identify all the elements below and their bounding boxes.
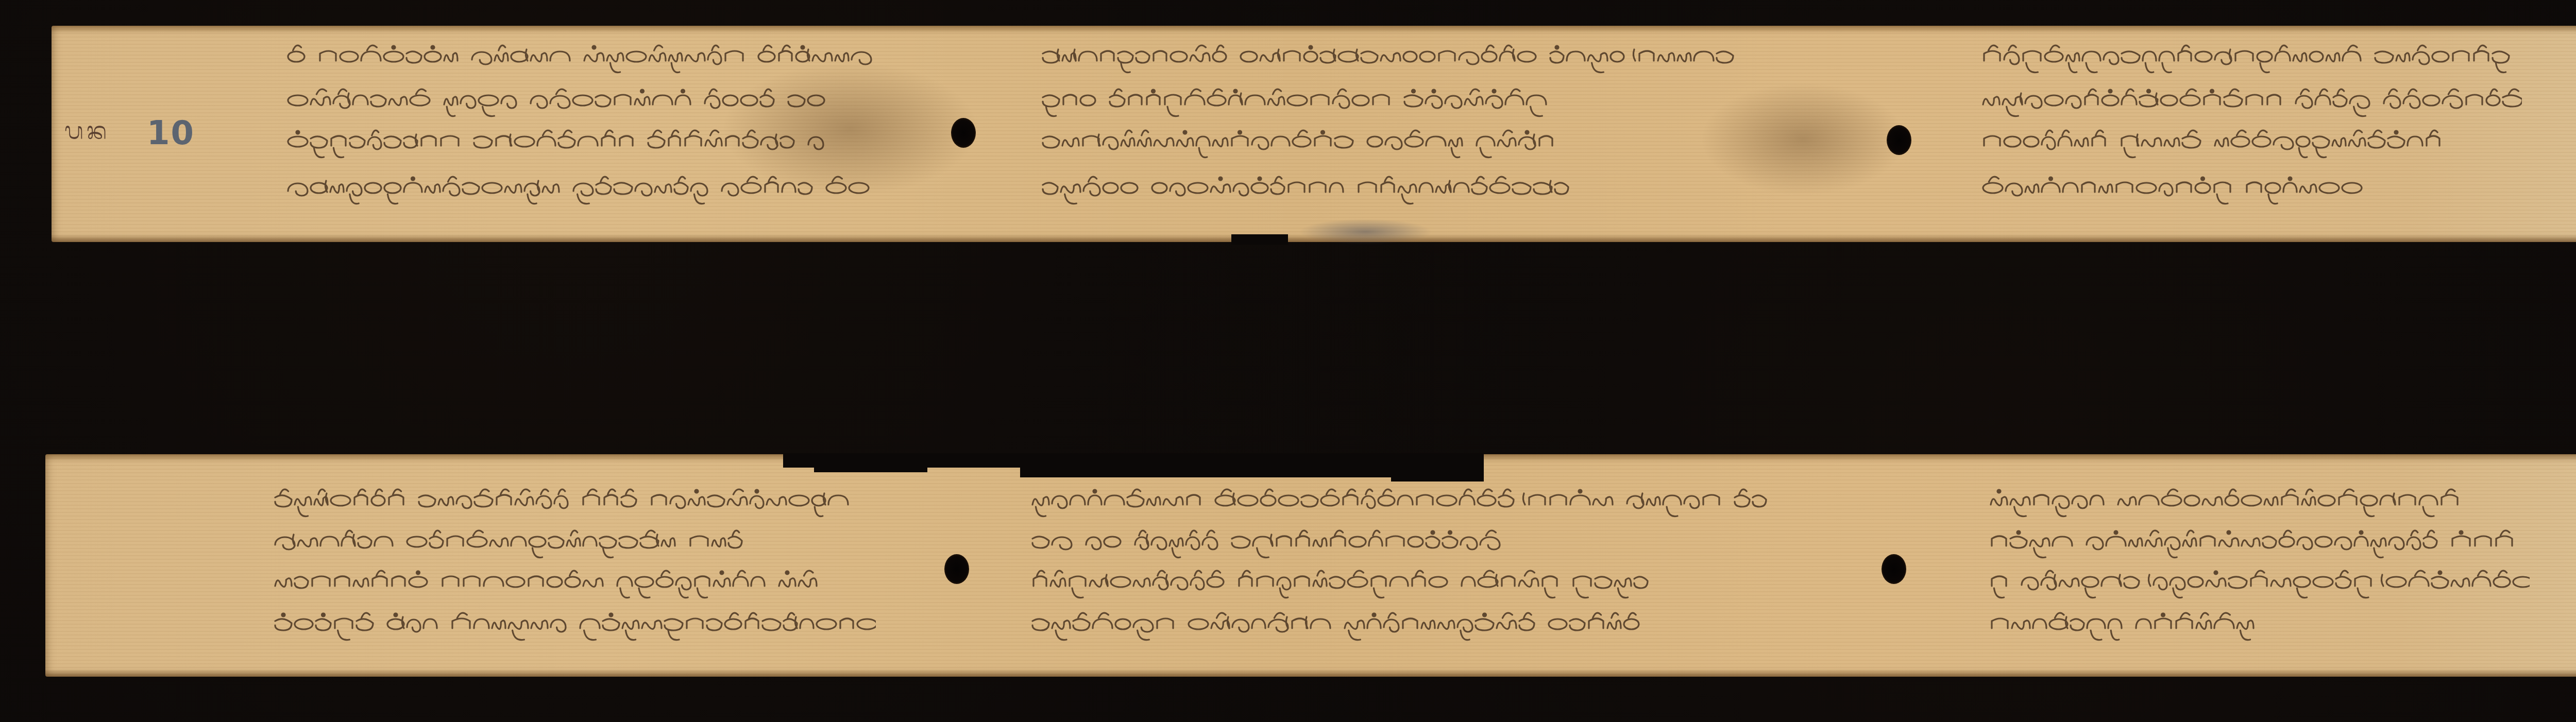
manuscript-line: ᬲᬸᬢᬾᬢᬶᬩᬸᬬᬓ᭄ᬢᬶ ᬕᬪᬵᬚᬸ ᬳᬸᬬᬬᬾᬢᬵᬯᬳᬸᬢᬬᬲᬾᬓᬾᬢ (1981, 125, 2522, 161)
leaf-damage (1391, 466, 1484, 482)
leaf-margin-label: ᬧᬦ (64, 114, 110, 157)
manuscript-line: ᬳᬶᬪᬸᬕᬾᬓᬾᬧᬩᬸᬯ ᬓ᭄ᬮᬯᬬ ᬓᬾᬢᬯᬫ᭄ᬯᬵᬪᬵ ᬓᬾᬢ᭄ᬢᬶᬦ᭄ ᬓ… (286, 84, 884, 120)
binding-hole (1882, 554, 1906, 584)
manuscript-line: ᬳᬸᬕᬾᬓᬸᬢᬵᬢᬾᬓᬯᬸᬮᬾᬫ᭄ᬧᬸᬢᬾᬕᬸ ᬪᬸᬢᬶᬪᬶᬢᬾᬕᬸᬕ (1981, 171, 2522, 208)
manuscript-line: ᬕᬸᬮᬫ᭄ᬧᬸᬩᬓ᭄ᬢᬬᬵ ᬳᬩᬓ᭄ᬢᬬᬤᬸᬢ᭄ᬢᬶ ᬬᬂᬓᬸᬢ᭄ᬢᬶᬫᬓ᭄ᬢ᭄… (286, 125, 884, 161)
manuscript-line: ᬤᬶᬦᬵᬬᬢᬾᬦ᭄ᬢᬵᬳᬸᬬᬸᬓ᭄ᬢᬶᬓᬾᬢ᭄ ᬢᬦᬵᬕᬢᬢᬵ ᬳᬓᬾᬢᬸᬫ᭄ᬦ… (286, 171, 884, 208)
manuscript-line: ᬓᬫᬬᬵᬯᬶ ᬤᬫᬬ ᬳᬸᬓᬾᬯᬬᬢᬓᬾ ᬩᬓ᭄ᬢᬬᬵᬯᬫ᭄ᬧᬸᬢᬵᬢᬸᬬᬓ᭄ᬢ… (273, 608, 876, 644)
manuscript-line: ᬢᬯᬫᬵᬓᬬ ᬤᬪᬓ᭄ᬢᬶᬬᬵᬓᬾᬓᬾᬳᬸᬓ᭄ᬢᬶᬕᬸᬢᬶᬳᬸᬓ᭄ᬢᬶᬓᬾ (1989, 484, 2530, 520)
manuscript-line: ᬦᬵᬓᬩᬓ᭄ᬢᬬᬵᬫ᭄ᬧᬸ ᬤᬶᬮᬸᬫ᭄ᬧᬸᬓᬾᬧ᭄ᬮᬸᬩᬶᬢᬾᬢᬸᬮᬸ ᬫᬓ᭄… (1030, 565, 1839, 601)
manuscript-line: ᬓᬾᬓᬸᬢᬧᬸᬦ᭄ᬢᬤᬸᬢᬸᬯᬵ ᬤᬫ᭄ᬯᬵᬪᬶᬓᬾᬮᬯᬵᬢ᭄ᬓᬸᬢ᭄ᬢᬵᬪ ᬤ… (1041, 40, 1803, 76)
manuscript-line: ᬢᬯᬵᬬᬾᬓᬾᬤ᭄ᬢᬸᬕᬶᬳᬶᬢᬕᬯᬵᬕᬢ ᬳᬸᬓᬾᬢᬶᬤᬶ ᬕᬾᬓᬾᬢᬸᬢ᭄ᬯ… (1981, 84, 2522, 120)
leaf-damage (783, 453, 1484, 468)
manuscript-line: ᬢᬶᬦᬵᬪᬵᬫ᭄ᬧᬸᬫ᭄ ᬳᬸᬓᬾᬧ᭄ᬮᬸᬩᬶᬢᬾᬢᬸᬮᬸ ᬳᬸᬫ᭄ᬧᬸᬓᬸᬩᬂ… (273, 565, 876, 601)
manuscript-line: ᬲᬯᬵᬬᬾᬓᬾᬢᬶᬓᬸᬳᬬᬾᬓᬾᬤ᭄ᬢᬸᬕᬶᬳᬶᬢᬕᬯᬵᬕᬢ ᬳᬸᬯᬵᬢᬯᬩᬶᬓ… (1981, 40, 2522, 76)
mold-stain (1298, 219, 1432, 245)
manuscript-line: ᬢᬸᬓᬲᬫ᭄ᬧᬸᬮᬵᬯᬤ ᬳᬸᬓᬸᬢᬮᬬᬫ᭄ᬧᬸᬩᬤᬓᬮᬯᬵᬫ᭄ᬧᬸ ᬳᬸᬓᬾᬧ… (1030, 484, 1839, 520)
binding-hole (951, 118, 976, 148)
leaf-page-number: 10 (147, 114, 195, 152)
manuscript-line: ᬤᬫᬶᬢ᭄ᬮᬸᬤᬶᬤᬶ ᬳᬸᬤᬶᬓᬯᬩᬓ᭄ᬢᬬᬵᬯᬮᬵᬲᬸᬓᬶ ᬳᬸᬓ᭄ᬢᬶ (273, 525, 876, 561)
manuscript-line: ᬓᬾᬧ᭄ᬮᬸᬩᬶᬢᬾᬢᬸᬮᬸ ᬓᬤᬶᬳᬸᬪᬤᬶᬩᬤᬶ ᬫᬫᬬᬩᬓ᭄ᬢᬬᬵᬫ᭄ᬧᬸ… (1030, 608, 1839, 644)
binding-hole (944, 554, 969, 584)
leaf-damage (1231, 234, 1288, 245)
manuscript-line: ᬓᬢᬵᬳᬸᬢᬵᬫᬶ ᬓᬾᬚᬸᬯᬵᬫ᭄ᬧᬸᬓᬸᬫᬶ ᬓᬾᬢᬾᬩᬸ ᬩᬓ᭄ᬢᬬᬫ᭄ᬧ… (273, 484, 876, 520)
manuscript-line: ᬓᬾᬧ᭄ᬮᬸᬩᬶᬢᬾᬢᬸᬮᬸ ᬕᬸᬮᬸᬯᬵᬤ᭄ᬢ (1989, 608, 2530, 644)
manuscript-line: ᬫᬶ ᬓᬸᬓᬫ᭄ᬧᬸᬪᬸᬩ ᬩᬓ᭄ᬢᬬᬵᬯᬫ᭄ᬧᬸᬓᬸᬩᬸᬮᬸ ᬓᬾᬧ᭄ᬮᬸᬩᬶ… (1989, 565, 2530, 601)
leaf-damage (814, 466, 927, 472)
manuscript-line: ᬧᬸ ᬳᬸᬮᬸᬦ᭄ᬕᬶᬦ᭄ᬢᬵ ᬢᬾᬓᬾᬢ᭄ᬢᬶᬦ᭄ ᬬᬂᬓᬾᬢᬶᬳᬸᬮᬸᬦ᭄ᬕ… (286, 40, 884, 76)
binding-hole (1887, 125, 1911, 155)
manuscript-line: ᬓᬾᬢᬯᬓᬵᬯᬮᬾᬢᬯᬵᬓᬾᬓᬾᬢᬮᬯᬸᬳ ᬢᬾᬳᬶᬩᬦᬸᬓ ᬢᬶᬦᬳᬢᬸ (1041, 125, 1803, 161)
leaf-damage (1020, 466, 1391, 477)
manuscript-line: ᬫ᭄ᬯᬵᬢᬶᬤᬶ ᬢᬾᬓᬯᬸᬮᬾᬫ᭄ᬧᬸᬢᬾᬕᬸᬓᬶᬮ ᬳᬸᬢᬶᬧᬬᬵᬓᬾᬫ᭄ᬯ… (1041, 171, 1803, 208)
manuscript-line: ᬬᬯᬫ᭄ᬧᬸ ᬳᬸᬤᬶᬓ᭄ᬢᬯᬓᬾᬧ᭄ᬮᬸᬩᬶᬢᬾᬢᬸᬮᬸᬤᬶᬲᬸᬯᬵᬫᬪᬶᬤᬶ… (1989, 525, 2530, 561)
manuscript-line: ᬓᬢᬶ ᬓ᭄ᬢᬶ ᬫᬫᬶᬯᬪᬯ ᬳᬶᬤᬸᬪᬤ᭄ᬯᬩᬶᬢᬸᬯᬵᬢᬾᬤᬶᬩᬓ᭄ᬢ (1030, 525, 1839, 561)
manuscript-line: ᬓᬸᬤ᭄ᬢᬶ ᬬᬤᬶᬢᬾᬓᬶᬧᬸᬮᬾᬫ᭄ᬧᬸᬢᬾᬓᬸᬳᬾᬓᬾᬤ᭄ᬓᬾ ᬳᬲᬵᬦᬵ… (1041, 84, 1803, 120)
